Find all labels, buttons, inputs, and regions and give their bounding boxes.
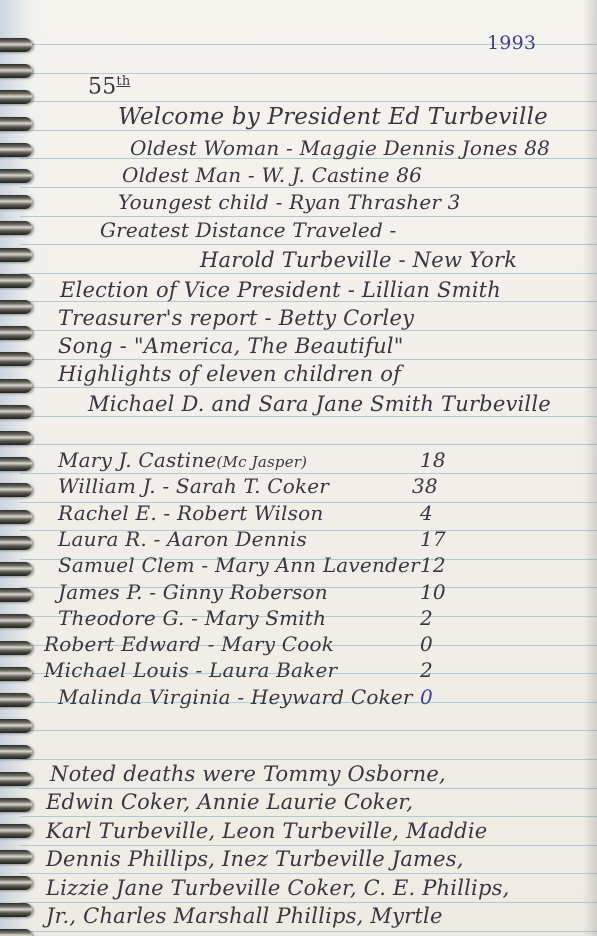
child-row: Robert Edward - Mary Cook: [44, 632, 334, 656]
deaths-line: Lizzie Jane Turbeville Coker, C. E. Phil…: [46, 876, 509, 900]
ruled-line: [20, 387, 597, 388]
child-row: Michael Louis - Laura Baker: [44, 658, 337, 682]
ruled-line: [20, 244, 597, 245]
ruled-line: [20, 816, 597, 817]
spiral-ring: [0, 38, 32, 52]
ruled-line: [20, 873, 597, 874]
ruled-line: [20, 845, 597, 846]
ruled-line: [20, 444, 597, 445]
welcome-line: Welcome by President Ed Turbeville: [118, 104, 548, 130]
song-line: Song - "America, The Beautiful": [58, 334, 404, 358]
child-row: Malinda Virginia - Heyward Coker: [58, 685, 413, 709]
spiral-ring: [0, 64, 32, 78]
year-note: 1993: [487, 32, 536, 54]
ruled-line: [20, 931, 597, 932]
child-descendant-count: 2: [420, 658, 433, 682]
spiral-ring: [0, 352, 32, 366]
ruled-line: [20, 788, 597, 789]
child-note: (Mc Jasper): [216, 453, 307, 471]
ruled-line: [20, 101, 597, 102]
spiral-ring: [0, 693, 32, 707]
ruled-line: [20, 130, 597, 131]
spiral-ring: [0, 117, 32, 131]
spiral-ring: [0, 719, 32, 733]
child-name: Samuel Clem - Mary Ann Lavender: [58, 553, 420, 577]
child-name: Robert Edward - Mary Cook: [44, 632, 334, 656]
spiral-ring: [0, 143, 32, 157]
reunion-number-value: 55: [88, 74, 116, 99]
child-name: William J. - Sarah T. Coker: [58, 474, 329, 498]
spiral-ring: [0, 379, 32, 393]
spiral-ring: [0, 483, 32, 497]
spiral-ring: [0, 405, 32, 419]
spiral-binding: [0, 0, 40, 936]
spiral-ring: [0, 667, 32, 681]
spiral-ring: [0, 326, 32, 340]
ruled-line: [20, 216, 597, 217]
greatest-distance-name: Harold Turbeville - New York: [200, 248, 517, 272]
deaths-line: Jr., Charles Marshall Phillips, Myrtle: [46, 904, 443, 928]
spiral-ring: [0, 221, 32, 235]
spiral-ring: [0, 90, 32, 104]
ruled-line: [20, 759, 597, 760]
child-descendant-count: 10: [420, 580, 446, 604]
child-name: Theodore G. - Mary Smith: [58, 606, 326, 630]
spiral-ring: [0, 300, 32, 314]
child-row: Theodore G. - Mary Smith: [58, 606, 326, 630]
spiral-ring: [0, 195, 32, 209]
spiral-ring: [0, 510, 32, 524]
highlights-line-2: Michael D. and Sara Jane Smith Turbevill…: [88, 392, 551, 416]
spiral-ring: [0, 641, 32, 655]
ruled-line: [20, 730, 597, 731]
spiral-ring: [0, 431, 32, 445]
child-descendant-count: 17: [420, 527, 446, 551]
child-name: James P. - Ginny Roberson: [58, 580, 328, 604]
spiral-ring: [0, 876, 32, 890]
child-row: Samuel Clem - Mary Ann Lavender: [58, 553, 420, 577]
deaths-line: Noted deaths were Tommy Osborne,: [50, 762, 446, 786]
ruled-line: [20, 359, 597, 360]
spiral-ring: [0, 850, 32, 864]
deaths-line: Dennis Phillips, Inez Turbeville James,: [46, 847, 464, 871]
child-name: Michael Louis - Laura Baker: [44, 658, 337, 682]
vice-president-line: Election of Vice President - Lillian Smi…: [60, 278, 501, 302]
highlights-line-1: Highlights of eleven children of: [58, 362, 401, 386]
ruled-line: [20, 273, 597, 274]
child-name: Laura R. - Aaron Dennis: [58, 527, 307, 551]
ruled-line: [20, 902, 597, 903]
notebook-page: 1993 55th Welcome by President Ed Turbev…: [0, 0, 597, 936]
spiral-ring: [0, 588, 32, 602]
youngest-child-line: Youngest child - Ryan Thrasher 3: [118, 190, 461, 214]
treasurer-line: Treasurer's report - Betty Corley: [58, 306, 414, 330]
spiral-ring: [0, 536, 32, 550]
reunion-number-suffix: th: [116, 74, 130, 89]
spiral-ring: [0, 745, 32, 759]
child-descendant-count: 38: [412, 474, 438, 498]
child-descendant-count: 4: [420, 501, 433, 525]
child-descendant-count: 0: [420, 632, 433, 656]
greatest-distance-line: Greatest Distance Traveled -: [100, 218, 396, 242]
child-descendant-count: 2: [420, 606, 433, 630]
spiral-ring: [0, 824, 32, 838]
ruled-line: [20, 330, 597, 331]
spiral-ring: [0, 929, 32, 936]
oldest-woman-line: Oldest Woman - Maggie Dennis Jones 88: [130, 136, 550, 160]
child-descendant-count: 0: [420, 685, 433, 709]
child-row: William J. - Sarah T. Coker: [58, 474, 329, 498]
child-descendant-count: 12: [420, 553, 446, 577]
spiral-ring: [0, 562, 32, 576]
child-descendant-count: 18: [420, 448, 446, 472]
spiral-ring: [0, 274, 32, 288]
child-name: Malinda Virginia - Heyward Coker: [58, 685, 413, 709]
ruled-line: [20, 416, 597, 417]
spiral-ring: [0, 457, 32, 471]
reunion-number: 55th: [88, 74, 130, 99]
child-name: Rachel E. - Robert Wilson: [58, 501, 323, 525]
child-name: Mary J. Castine: [58, 448, 216, 472]
oldest-man-line: Oldest Man - W. J. Castine 86: [122, 163, 422, 187]
spiral-ring: [0, 169, 32, 183]
ruled-line: [20, 187, 597, 188]
spiral-ring: [0, 903, 32, 917]
spiral-ring: [0, 248, 32, 262]
child-row: James P. - Ginny Roberson: [58, 580, 328, 604]
spiral-ring: [0, 798, 32, 812]
child-row: Laura R. - Aaron Dennis: [58, 527, 307, 551]
deaths-line: Karl Turbeville, Leon Turbeville, Maddie: [46, 819, 487, 843]
deaths-line: Edwin Coker, Annie Laurie Coker,: [46, 790, 413, 814]
spiral-ring: [0, 614, 32, 628]
spiral-ring: [0, 772, 32, 786]
child-row: Mary J. Castine(Mc Jasper): [58, 448, 307, 472]
child-row: Rachel E. - Robert Wilson: [58, 501, 323, 525]
